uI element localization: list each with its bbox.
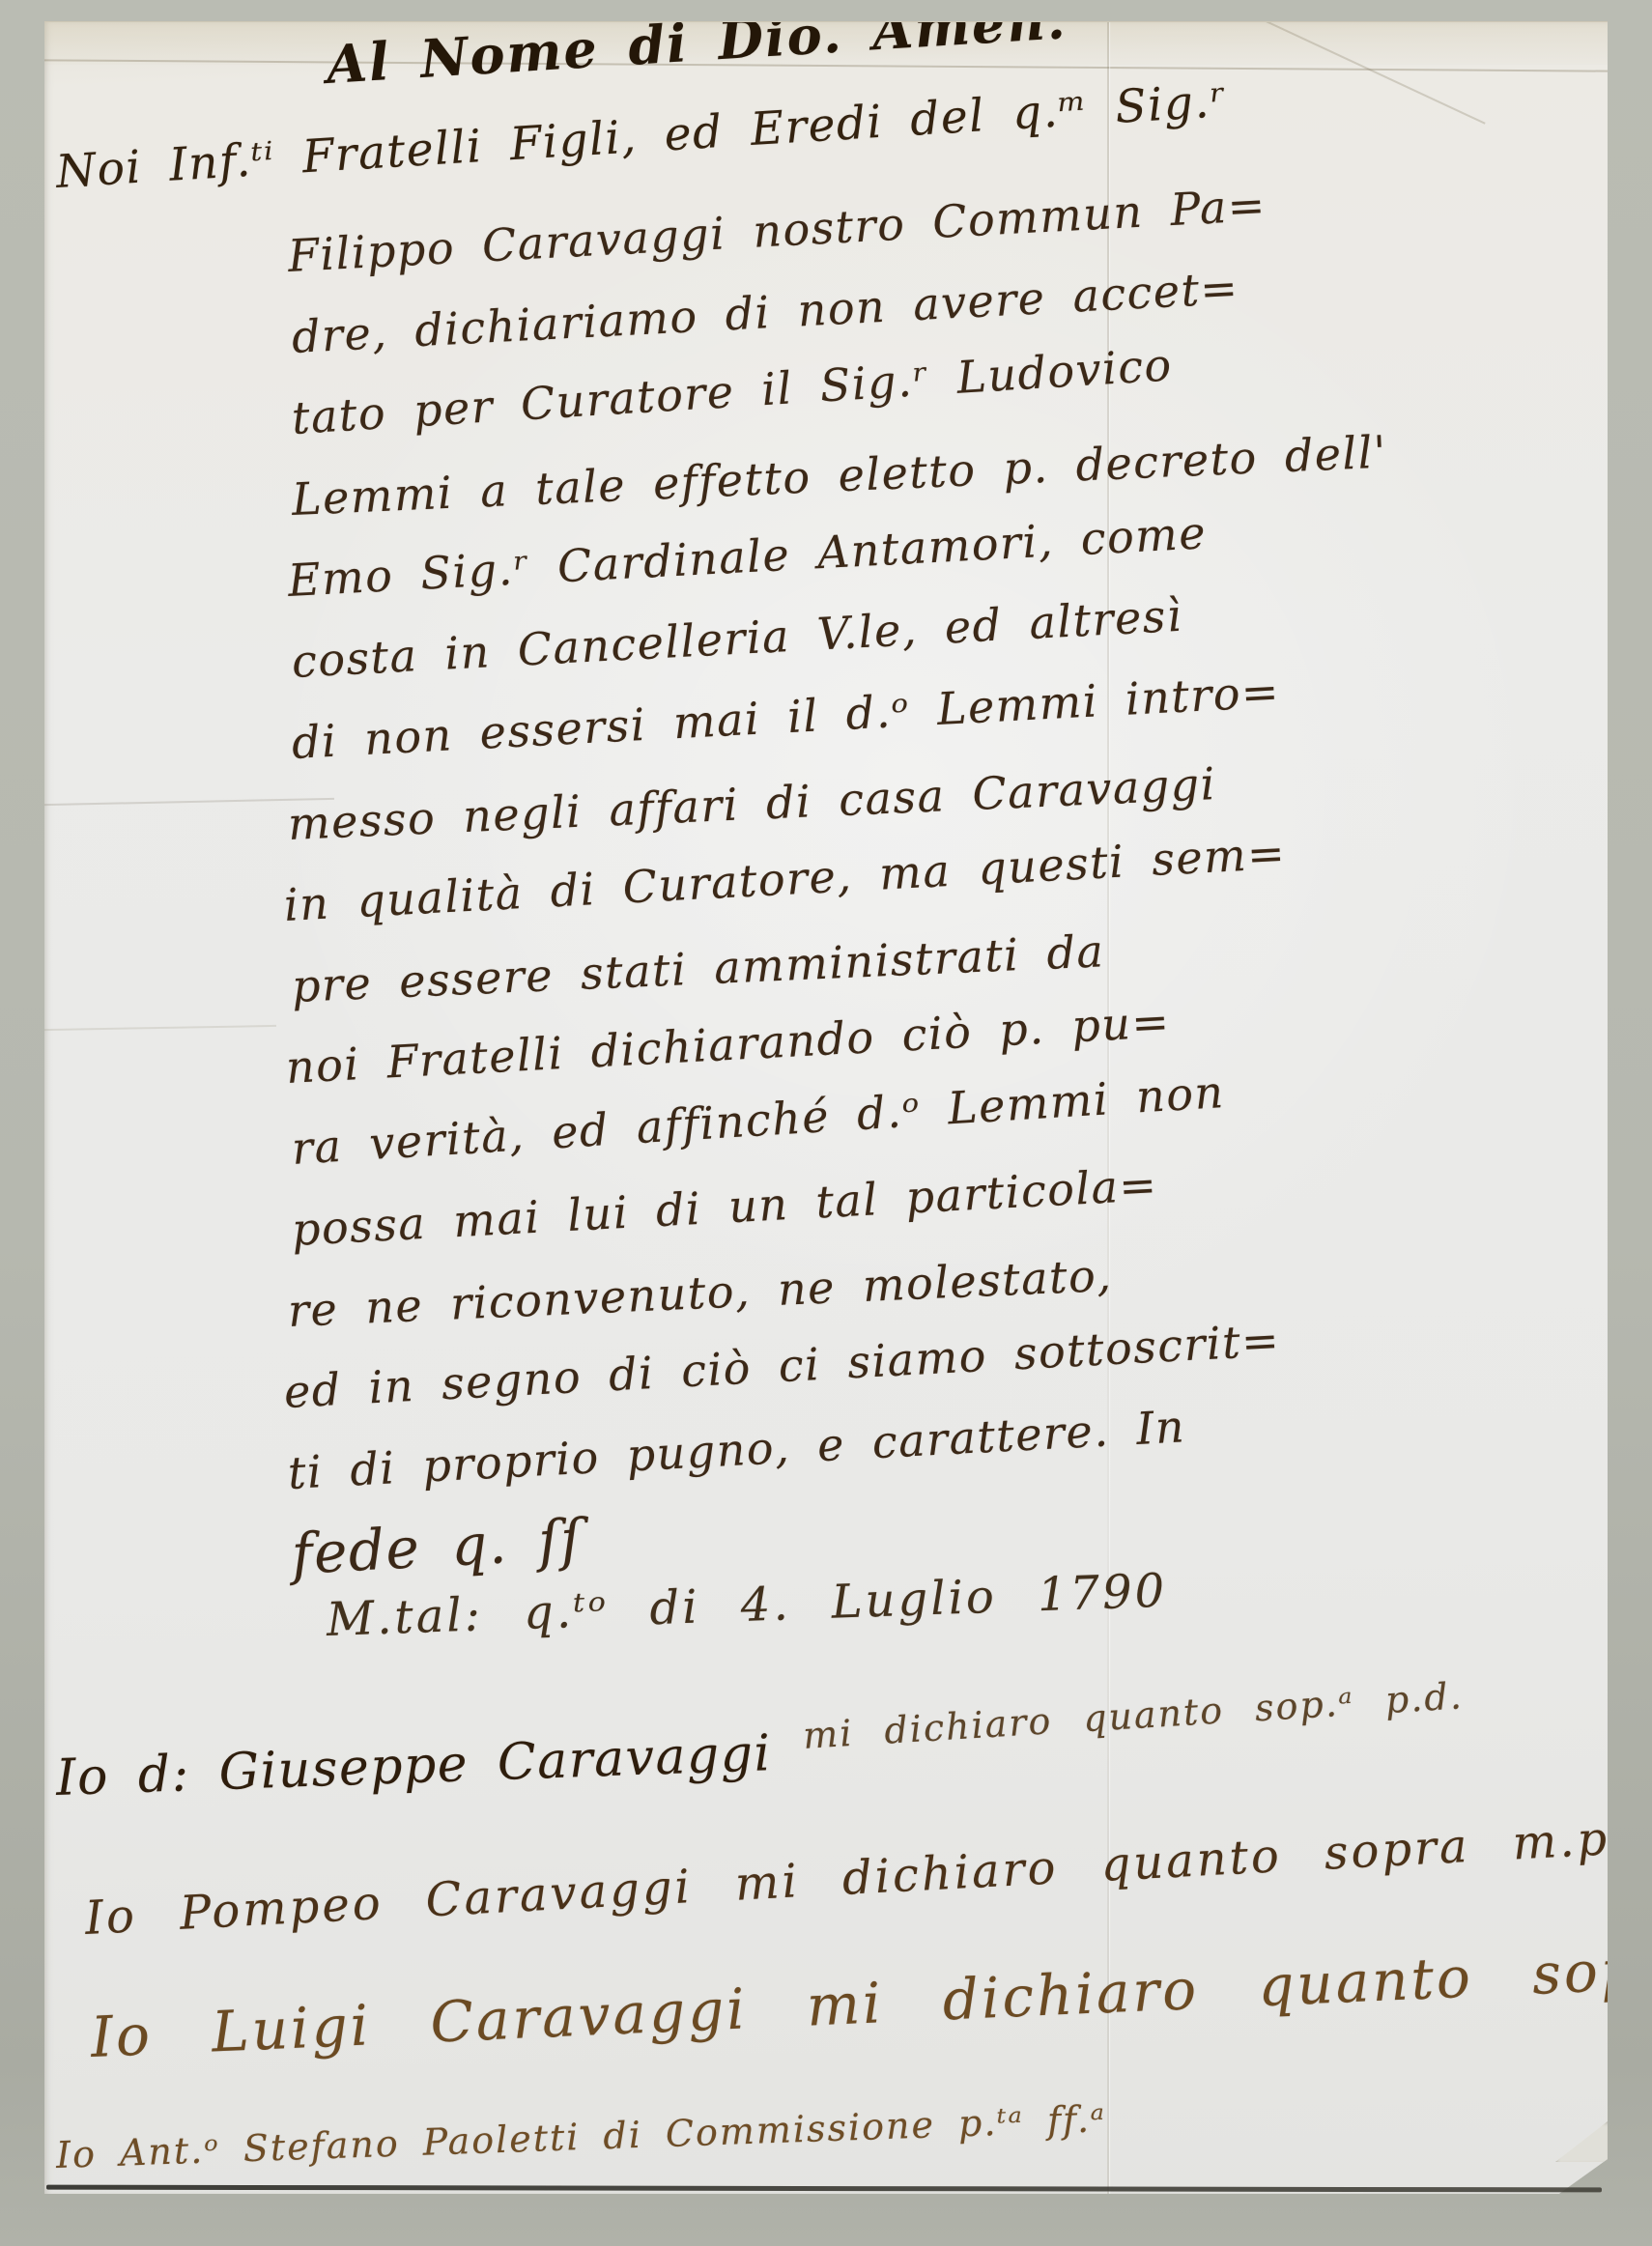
manuscript-line: Filippo Caravaggi nostro Commun Pa= <box>287 179 1267 282</box>
signature-giuseppe-name: Io d: Giuseppe Caravaggi <box>55 1724 773 1807</box>
fede-line: fede q. ſſ <box>290 1506 584 1587</box>
folded-corner-bottom-right <box>1555 2121 1608 2162</box>
manuscript-line: Lemmi a tale effetto eletto p. decreto d… <box>291 426 1388 526</box>
signature-luigi-caravaggi: Io Luigi Caravaggi mi dichiaro quanto so… <box>90 1930 1608 2070</box>
manuscript-line: Noi Inf.ᵗⁱ Fratelli Figli, ed Eredi del … <box>54 74 1229 199</box>
signature-giuseppe-caravaggi: Io d: Giuseppe Caravaggimi dichiaro quan… <box>55 1700 1467 1807</box>
signature-giuseppe-declaration: mi dichiaro quanto sop.ᵃ p.d. <box>802 1674 1465 1757</box>
photograph-background: Al Nome di Dio. Amen. Noi Inf.ᵗⁱ Fratell… <box>0 0 1652 2246</box>
manuscript-line: re ne riconvenuto, ne molestato, <box>287 1249 1114 1337</box>
manuscript-line: ti di proprio pugno, e carattere. In <box>287 1400 1187 1499</box>
fold-crease-left-lower <box>44 1025 276 1031</box>
signature-pompeo-caravaggi: Io Pompeo Caravaggi mi dichiaro quanto s… <box>84 1809 1608 1946</box>
signature-antonio-paoletti: Io Ant.ᵒ Stefano Paoletti di Commissione… <box>55 2097 1107 2176</box>
manuscript-line: Emo Sig.ʳ Cardinale Antamori, come <box>287 506 1209 607</box>
manuscript-line: costa in Cancelleria V.le, ed altresì <box>291 589 1184 688</box>
manuscript-line: di non essersi mai il d.ᵒ Lemmi intro= <box>291 665 1282 769</box>
manuscript-line: pre essere stati amministrati da <box>291 924 1106 1012</box>
manuscript-line: possa mai lui di un tal particola= <box>291 1158 1159 1256</box>
manuscript-paper: Al Nome di Dio. Amen. Noi Inf.ᵗⁱ Fratell… <box>44 21 1608 2194</box>
manuscript-line: messo negli affari di casa Caravaggi <box>287 757 1217 850</box>
